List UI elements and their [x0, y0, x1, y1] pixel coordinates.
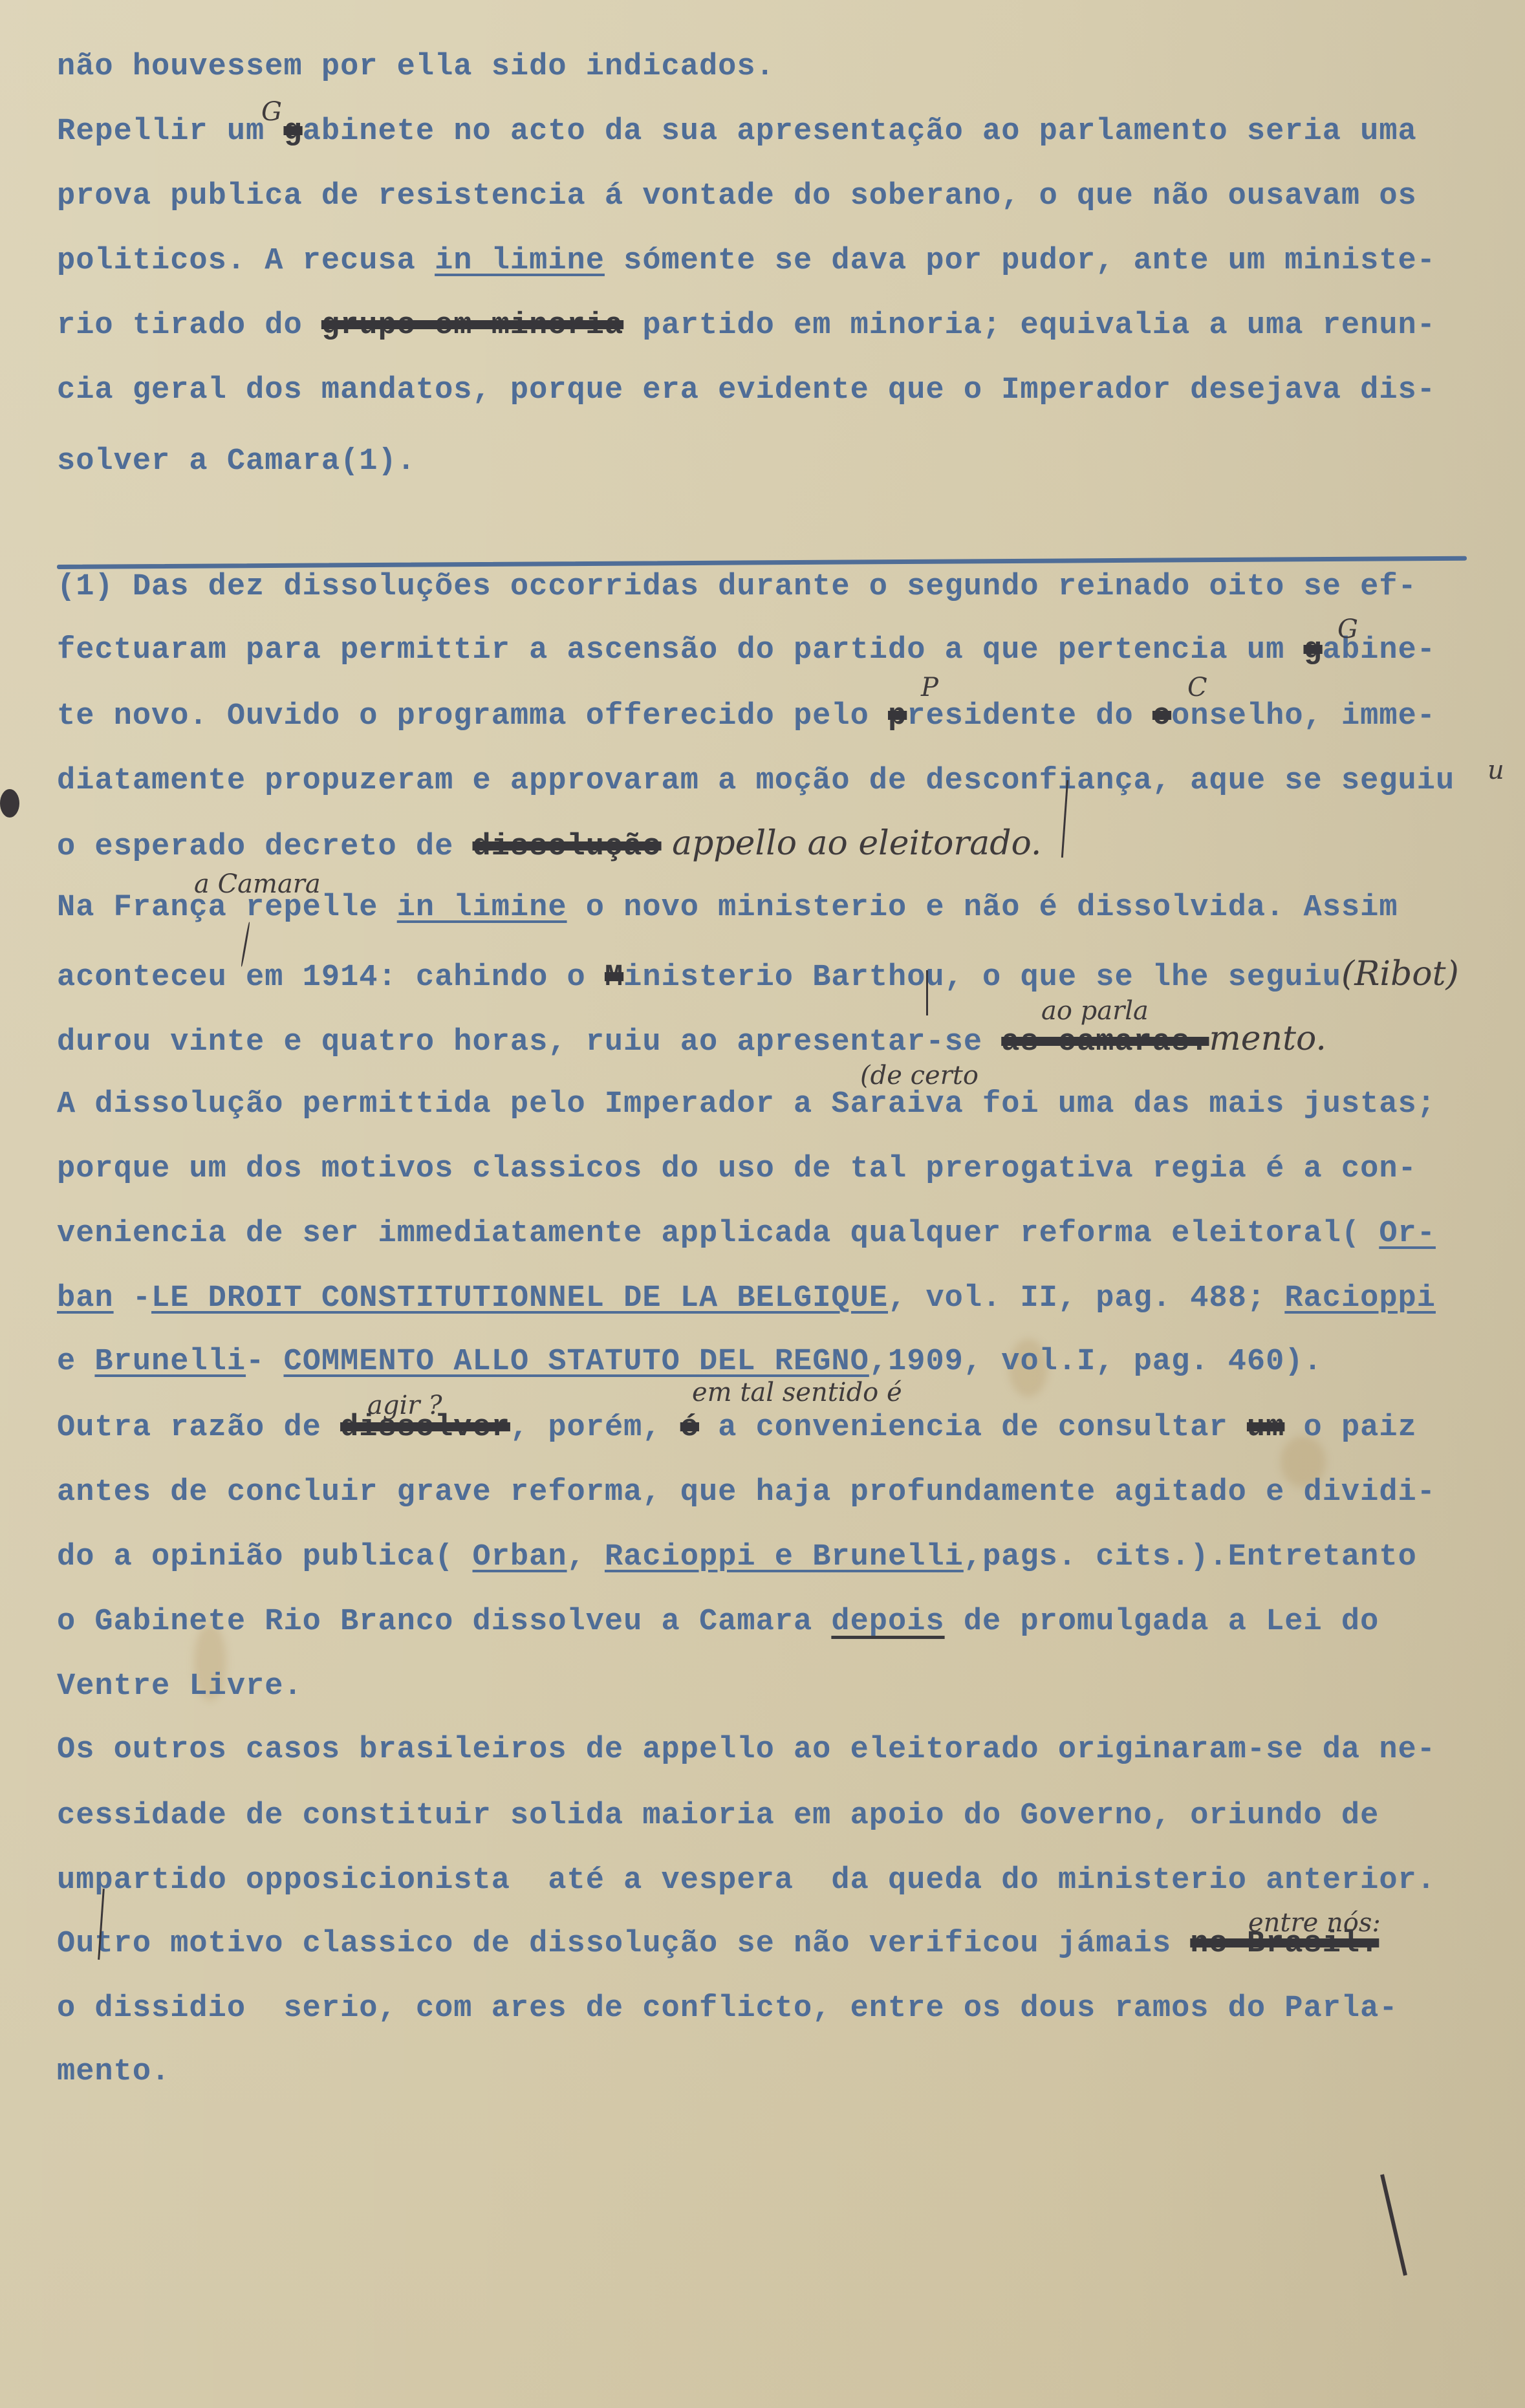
typed-text: foi uma das mais justas;: [964, 1087, 1436, 1122]
footnote-line: Os outros casos brasileiros de appello a…: [57, 1731, 1436, 1770]
hand-underlined-text: depois: [831, 1605, 944, 1639]
footnote-line: (1) Das dez dissoluções occorridas duran…: [57, 568, 1417, 607]
underlined-text: COMMENTO ALLO STATUTO DEL REGNO: [283, 1345, 869, 1379]
typed-text: ,1909, vol.I, pag. 460).: [869, 1345, 1323, 1379]
struck-text: as camaras.: [1001, 1025, 1209, 1059]
typed-text: porque um dos motivos classicos do uso d…: [57, 1152, 1417, 1186]
typed-text: [378, 891, 396, 925]
margin-ink-mark: [0, 789, 19, 818]
struck-text: um: [1247, 1411, 1284, 1445]
typed-text: politicos. A recusa: [57, 244, 435, 278]
typed-text: fectuaram para permittir a ascensão do p…: [57, 633, 1304, 667]
footnote-line: te novo. Ouvido o programma offerecido p…: [57, 697, 1436, 736]
typed-text: um: [57, 1863, 94, 1898]
typed-text: e: [57, 1345, 94, 1379]
typed-text: (1) Das dez dissoluções occorridas duran…: [57, 570, 1417, 604]
typed-text: A dissolução permittida pelo Imperador a…: [57, 1087, 964, 1122]
footnote-line: A dissolução permittida pelo Imperador a…: [57, 1085, 1436, 1124]
typed-text: que se seguiu: [1209, 764, 1455, 798]
underlined-text: Brunelli: [94, 1345, 246, 1379]
typed-text: onselho, imme-: [1171, 699, 1436, 733]
underlined-text: Racioppi: [1284, 1281, 1436, 1316]
underlined-text: LE DROIT CONSTITUTIONNEL DE LA BELGIQUE: [151, 1281, 888, 1316]
typed-text: veniencia de ser immediatamente applicad…: [57, 1217, 1379, 1251]
typed-text: antes de concluir grave reforma, que haj…: [57, 1475, 1436, 1510]
insertion-caret-mark: [926, 970, 928, 1015]
note-agir: agir ?: [367, 1391, 442, 1420]
typed-text: prova publica de resistencia á vontade d…: [57, 179, 1417, 213]
typed-text: inisterio Barthou, o que se lhe seguiu: [623, 960, 1341, 995]
footnote-line: antes de concluir grave reforma, que haj…: [57, 1473, 1436, 1512]
typed-text: ,pags. cits.).Entretanto: [964, 1540, 1417, 1574]
footnote-separator: [57, 556, 1467, 569]
typed-text: de promulgada a Lei do: [945, 1605, 1379, 1639]
typed-text: Os outros casos brasileiros de appello a…: [57, 1733, 1436, 1767]
typed-text: Ventre Livre.: [57, 1669, 303, 1704]
note-gabinete-1: G: [261, 97, 282, 127]
handwritten-text: (Ribot): [1341, 955, 1459, 993]
note-conselho: C: [1187, 673, 1207, 702]
typed-text: mento.: [57, 2055, 170, 2089]
end-slash-mark: [1380, 2174, 1407, 2275]
typed-text: rio tirado do: [57, 309, 321, 343]
note-entre-nos: entre nós:: [1248, 1908, 1381, 1938]
struck-text: é: [680, 1411, 699, 1445]
note-presidente: P: [921, 673, 938, 702]
typed-text: o novo ministerio e não é dissolvida. As…: [567, 891, 1398, 925]
struck-text: grupo em minoria: [321, 309, 623, 343]
handwritten-text: mento.: [1209, 1019, 1326, 1058]
main-line: não houvessem por ella sido indicados.: [57, 48, 775, 87]
footnote-line: porque um dos motivos classicos do uso d…: [57, 1150, 1417, 1189]
note-em-tal-sentido: em tal sentido é: [692, 1378, 902, 1407]
typed-text: solver a Camara(1).: [57, 444, 416, 479]
typed-text: diatamente propuzeram e approvaram a moç…: [57, 764, 1209, 798]
underlined-text: Orban: [473, 1540, 567, 1574]
typed-text: durou vinte e quatro horas, ruiu ao apre…: [57, 1025, 1001, 1059]
typed-text: abinete no acto da sua apresentação ao p…: [303, 114, 1417, 149]
struck-text: dissolução: [473, 830, 662, 864]
note-seguiu: u: [1487, 755, 1504, 785]
typed-text: cia geral dos mandatos, porque era evide…: [57, 373, 1436, 407]
struck-text: c: [1152, 699, 1171, 733]
typed-text: Repellir um: [57, 114, 283, 149]
struck-text: g: [1304, 633, 1323, 667]
struck-text: p: [888, 699, 907, 733]
footnote-line: veniencia de ser immediatamente applicad…: [57, 1215, 1436, 1253]
footnote-line: diatamente propuzeram e approvaram a moç…: [57, 762, 1455, 801]
footnote-line: mento.: [57, 2053, 170, 2092]
typed-text: a conveniencia de consultar: [699, 1411, 1247, 1445]
typed-text: o esperado decreto de: [57, 830, 473, 864]
main-line: rio tirado do grupo em minoria partido e…: [57, 307, 1436, 345]
typed-text: sómente se dava por pudor, ante um minis…: [605, 244, 1436, 278]
struck-text: M: [605, 960, 623, 995]
note-gabinete-2: G: [1337, 614, 1358, 644]
document-page: não houvessem por ella sido indicados.Re…: [0, 0, 1525, 2408]
underlined-text: Or-: [1379, 1217, 1436, 1251]
footnote-line: Ventre Livre.: [57, 1667, 303, 1706]
typed-text: do a opinião publica(: [57, 1540, 473, 1574]
footnote-line: o esperado decreto de dissolução appello…: [57, 824, 1041, 867]
underlined-text: in limine: [435, 244, 605, 278]
main-line: politicos. A recusa in limine sómente se…: [57, 242, 1436, 281]
note-a-camara: a Camara: [194, 869, 321, 899]
footnote-line: ban -LE DROIT CONSTITUTIONNEL DE LA BELG…: [57, 1279, 1436, 1318]
footnote-line: do a opinião publica( Orban, Racioppi e …: [57, 1538, 1417, 1577]
typed-text: Outra razão de: [57, 1411, 340, 1445]
footnote-line: umpartido opposicionista até a vespera d…: [57, 1861, 1436, 1900]
typed-text: residente do: [907, 699, 1152, 733]
typed-text: Outro motivo classico de dissolução se n…: [57, 1927, 1190, 1961]
underlined-text: ban: [57, 1281, 114, 1316]
footnote-line: Outro motivo classico de dissolução se n…: [57, 1925, 1379, 1964]
handwritten-text: appello ao eleitorado.: [662, 824, 1042, 863]
typed-text: partido em minoria; equivalia a uma renu…: [623, 309, 1436, 343]
footnote-line: Outra razão de dissolver, porém, é a con…: [57, 1409, 1417, 1448]
main-line: prova publica de resistencia á vontade d…: [57, 177, 1417, 216]
note-de-certo: (de certo: [860, 1061, 979, 1090]
footnote-line: o Gabinete Rio Branco dissolveu a Camara…: [57, 1603, 1379, 1642]
typed-text: cessidade de constituir solida maioria e…: [57, 1799, 1379, 1833]
typed-text: o paiz: [1284, 1411, 1416, 1445]
typed-text: o dissidio serio, com ares de conflicto,…: [57, 1991, 1398, 2026]
underlined-text: Racioppi e Brunelli: [605, 1540, 964, 1574]
footnote-line: o dissidio serio, com ares de conflicto,…: [57, 1990, 1398, 2028]
main-line: cia geral dos mandatos, porque era evide…: [57, 371, 1436, 410]
underlined-text: in limine: [397, 891, 567, 925]
footnote-line: aconteceu em 1914: cahindo o Ministerio …: [57, 955, 1459, 997]
struck-text: g: [283, 114, 302, 149]
typed-text: , porém,: [510, 1411, 680, 1445]
typed-text: aconteceu em 1914: cahindo o: [57, 960, 605, 995]
footnote-line: fectuaram para permittir a ascensão do p…: [57, 631, 1436, 670]
typed-text: não houvessem por ella sido indicados.: [57, 50, 775, 84]
typed-text: ,: [567, 1540, 605, 1574]
typed-text: o Gabinete Rio Branco dissolveu a Camara: [57, 1605, 831, 1639]
typed-text: te novo. Ouvido o programma offerecido p…: [57, 699, 888, 733]
typed-text: -: [114, 1281, 151, 1316]
main-line: solver a Camara(1).: [57, 442, 416, 481]
footnote-line: cessidade de constituir solida maioria e…: [57, 1797, 1379, 1836]
note-ao-parla: ao parla: [1041, 996, 1149, 1026]
typed-text: partido opposicionista até a vespera da …: [94, 1863, 1436, 1898]
typed-text: , vol. II, pag. 488;: [888, 1281, 1284, 1316]
typed-text: -: [246, 1345, 283, 1379]
footnote-line: e Brunelli- COMMENTO ALLO STATUTO DEL RE…: [57, 1343, 1323, 1382]
